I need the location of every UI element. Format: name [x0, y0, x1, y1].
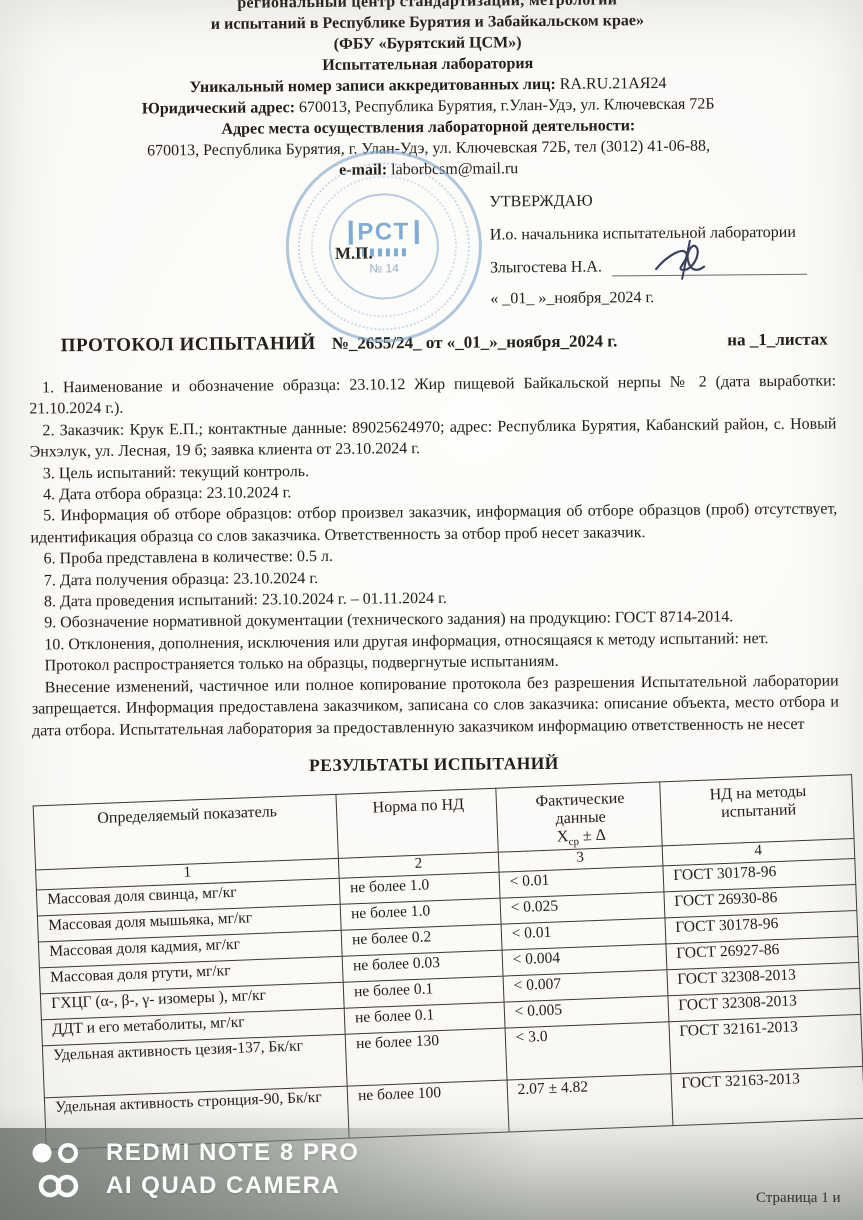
approver-name: Злыгостева Н.А.: [490, 259, 602, 278]
watermark-camera: AI QUAD CAMERA: [106, 1172, 340, 1200]
signature-line: [612, 257, 807, 277]
camera-watermark: REDMI NOTE 8 PRO AI QUAD CAMERA: [28, 1136, 359, 1202]
results-table-wrapper: Определяемый показатель Норма по НД Факт…: [33, 774, 863, 1150]
protocol-clauses: 1. Наименование и обозначение образца: 2…: [29, 370, 839, 741]
col-header-indicator: Определяемый показатель: [33, 794, 338, 870]
clause-5: 5. Информация об отборе образцов: отбор …: [30, 499, 837, 549]
document-photo: региональный центр стандартизации, метро…: [0, 0, 863, 1220]
protocol-sheets: на _1_листах: [727, 330, 828, 351]
dual-camera-icon: [28, 1140, 90, 1166]
results-table: Определяемый показатель Норма по НД Факт…: [33, 774, 863, 1150]
signature-row: Злыгостева Н.А.: [490, 256, 840, 277]
accreditation-value: RA.RU.21АЯ24: [560, 75, 667, 93]
certification-stamp: РСТ № 14: [285, 150, 483, 344]
infinity-icon: [28, 1172, 90, 1200]
results-title: РЕЗУЛЬТАТЫ ИСПЫТАНИЙ: [2, 750, 863, 779]
page-number: Страница 1 и: [756, 1190, 840, 1207]
approval-date: « _01_ »_ноября_2024 г.: [490, 287, 840, 308]
activity-address-label: Адрес места осуществления лабораторной д…: [221, 117, 635, 138]
protocol-title-row: ПРОТОКОЛ ИСПЫТАНИЙ №_2655/24_ от «_01_»_…: [61, 329, 828, 358]
handwritten-signature: [652, 238, 722, 281]
watermark-device: REDMI NOTE 8 PRO: [106, 1139, 359, 1167]
clause-2: 2. Заказчик: Крук Е.П.; контактные данны…: [29, 413, 836, 463]
legal-address-value: 670013, Республика Бурятия, г.Улан-Удэ, …: [299, 96, 715, 117]
stamp-number: № 14: [369, 261, 399, 275]
col-header-norm: Норма по НД: [336, 788, 498, 858]
protocol-document: региональный центр стандартизации, метро…: [0, 0, 863, 1220]
clause-1: 1. Наименование и обозначение образца: 2…: [29, 370, 836, 420]
seal-place-label: М.П.: [335, 244, 373, 264]
protocol-title: ПРОТОКОЛ ИСПЫТАНИЙ: [61, 333, 316, 357]
rst-logo-icon: РСТ: [348, 218, 419, 247]
approval-title: УТВЕРЖДАЮ: [489, 190, 839, 211]
col-header-actual: Фактические данные Хср ± Δ: [496, 782, 662, 852]
col-header-methods: НД на методы испытаний: [659, 774, 854, 846]
letterhead: региональный центр стандартизации, метро…: [0, 0, 860, 184]
approval-block: УТВЕРЖДАЮ И.о. начальника испытательной …: [489, 190, 840, 323]
legal-address-label: Юридический адрес:: [142, 99, 295, 117]
stamp-logo-text: РСТ: [357, 218, 410, 246]
accreditation-label: Уникальный номер записи аккредитованных …: [189, 76, 555, 96]
note-disclaimer: Внесение изменений, частичное или полное…: [32, 670, 840, 741]
